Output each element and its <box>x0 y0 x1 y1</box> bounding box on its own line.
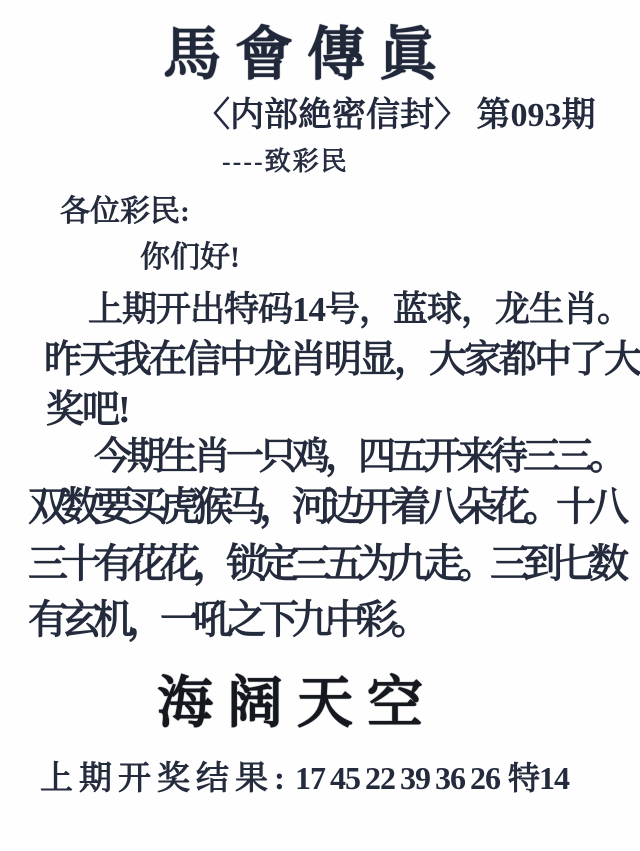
greeting: 你们好! <box>140 243 240 273</box>
letter-line-7: 有玄机，一吼之下九中彩。 <box>28 600 424 640</box>
letter-line-5: 双数要买虎猴马，河边开着八朵花。十八 <box>28 487 622 527</box>
dedication-line: ----致彩民 <box>222 149 349 175</box>
slogan: 海阔天空 <box>157 676 437 732</box>
fax-sheet-page: 馬會傳眞 〈内部絶密信封〉 第093期 ----致彩民 各位彩民: 你们好! 上… <box>0 0 640 851</box>
doc-title: 馬會傳眞 <box>163 26 451 84</box>
letter-line-2: 昨天我在信中龙肖明显，大家都中了大 <box>44 341 639 379</box>
letter-line-1: 上期开出特码14号，蓝球，龙生肖。 <box>88 292 631 327</box>
letter-line-4: 今期生肖一只鸡，四五开来待三三。 <box>94 438 622 476</box>
doc-subtitle: 〈内部絶密信封〉 第093期 <box>196 99 596 133</box>
results-numbers: 17 45 22 39 36 26 <box>295 760 500 796</box>
salutation: 各位彩民: <box>60 197 190 227</box>
previous-results-line: 上期开奖结果:17 45 22 39 36 26特14 <box>40 762 569 796</box>
results-special-number: 特14 <box>508 760 569 796</box>
letter-line-6: 三十有花花，锁定三五为九走。三到七数 <box>28 544 622 584</box>
letter-line-3: 奖吧! <box>46 391 129 429</box>
results-label: 上期开奖结果: <box>40 761 291 797</box>
